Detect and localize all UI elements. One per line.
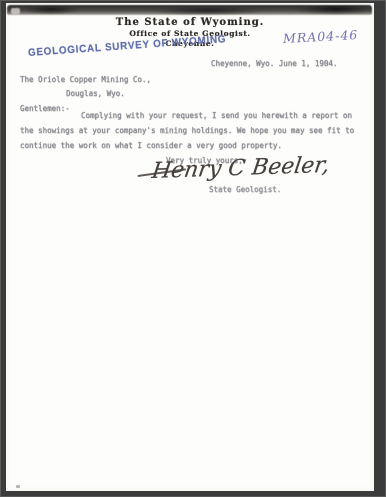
scan-artifact-notch <box>11 8 20 14</box>
signature-henry-c-beeler: Henry C Beeler, <box>150 153 331 184</box>
signature-title: State Geologist. <box>209 185 281 194</box>
letter-paper: The State of Wyoming. Office of State Ge… <box>6 3 374 491</box>
recipient-address: Douglas, Wyo. <box>66 89 125 98</box>
letterhead-state-line: The State of Wyoming. <box>6 17 374 28</box>
body-line-3: continue the work on what I consider a v… <box>20 141 282 150</box>
scanned-letter: The State of Wyoming. Office of State Ge… <box>0 0 386 497</box>
dateline: Cheyenne, Wyo. June 1, 1904. <box>211 59 337 68</box>
body-line-1: Complying with your request, I send you … <box>81 111 352 120</box>
salutation: Gentlemen:- <box>20 104 70 113</box>
recipient-name: The Oriole Copper Mining Co., <box>20 75 151 84</box>
scan-speck <box>16 485 20 488</box>
body-line-2: the showings at your company's mining ho… <box>20 126 354 135</box>
scan-artifact-band <box>7 5 372 15</box>
